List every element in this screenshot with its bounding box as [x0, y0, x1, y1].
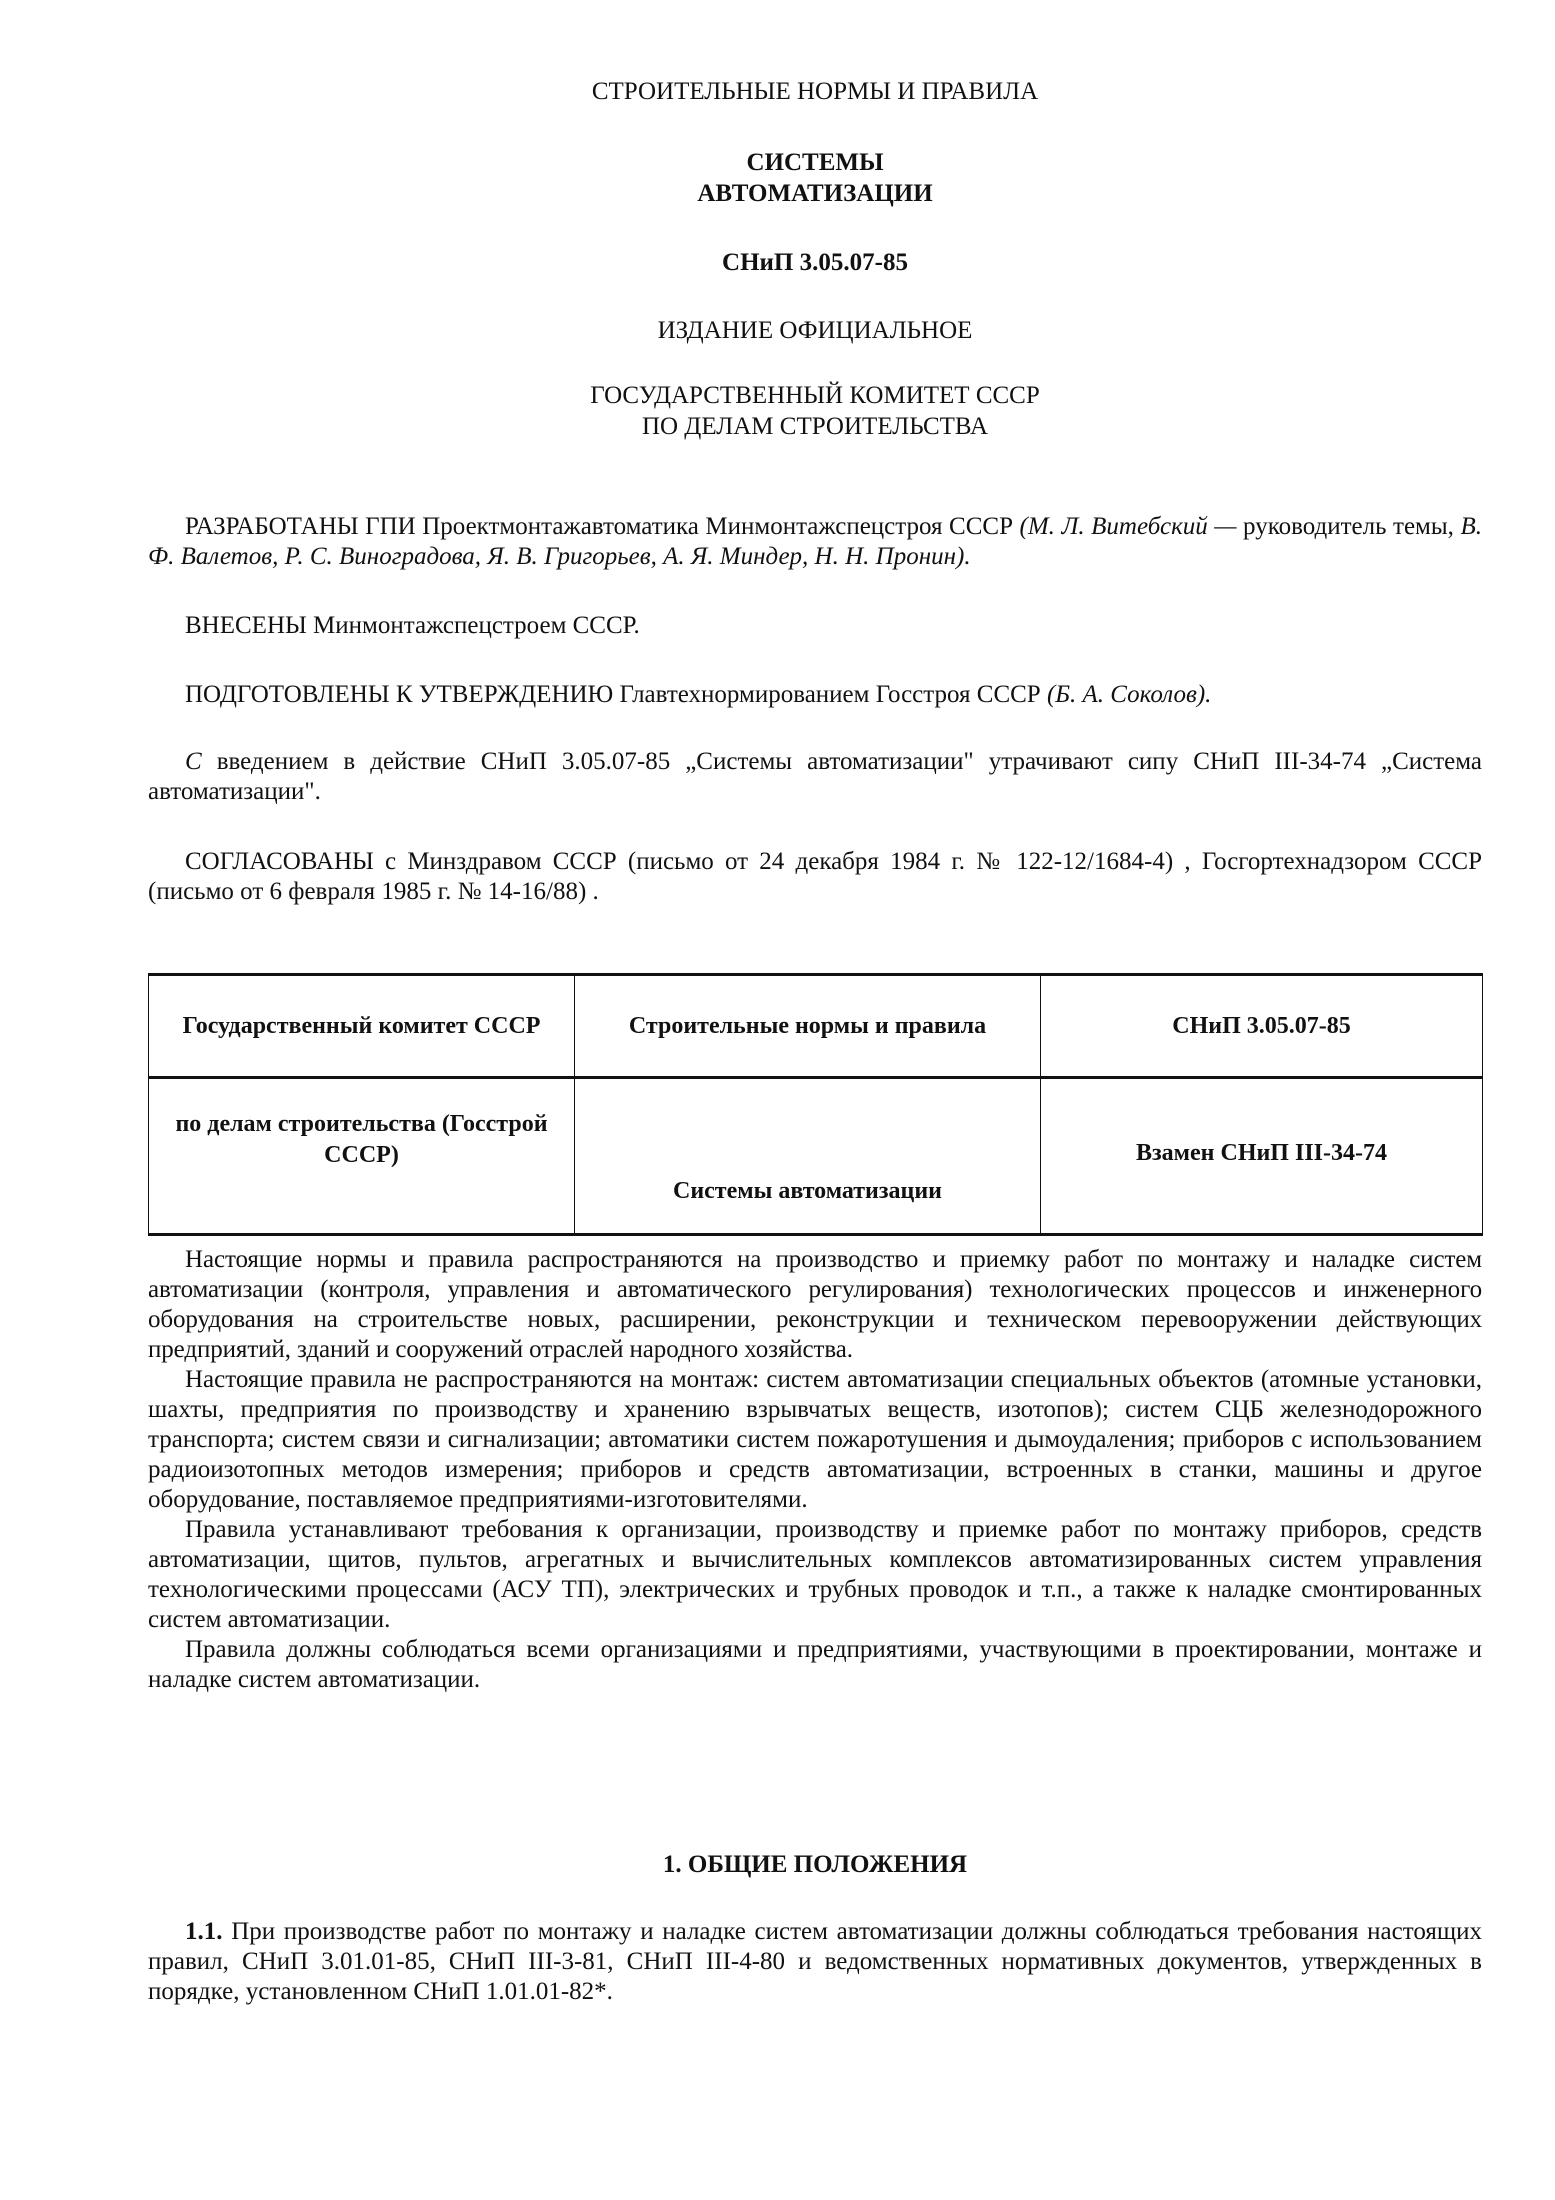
publisher-line2: ПО ДЕЛАМ СТРОИТЕЛЬСТВА [148, 411, 1482, 442]
document-header-table: Государственный комитет СССР Строительны… [148, 973, 1483, 1236]
developed-by-paragraph: РАЗРАБОТАНЫ ГПИ Проектмонтажавтоматика М… [148, 512, 1482, 572]
scope-paragraph: Настоящие нормы и правила распространяют… [148, 1245, 1482, 1365]
document-title-line2: АВТОМАТИЗАЦИИ [148, 178, 1482, 209]
prepared-by-lead: ПОДГОТОВЛЕНЫ К УТВЕРЖДЕНИЮ Главтехнормир… [185, 681, 1047, 708]
table-cell-replaces: Взамен СНиП III-34-74 [1041, 1078, 1483, 1235]
clause-number: 1.1. [185, 1918, 223, 1945]
table-cell-code: СНиП 3.05.07-85 [1041, 975, 1483, 1078]
prepared-by-author: (Б. А. Соколов). [1047, 681, 1211, 708]
exclusions-paragraph: Настоящие правила не распространяются на… [148, 1365, 1482, 1515]
agreed-paragraph: СОГЛАСОВАНЫ с Минздравом СССР (письмо от… [148, 847, 1482, 907]
table-cell-committee-cont: по делам строительства (Госстрой СССР) [149, 1078, 575, 1235]
publisher-line1: ГОСУДАРСТВЕННЫЙ КОМИТЕТ СССР [148, 380, 1482, 411]
clause-text: При производстве работ по монтажу и нала… [148, 1918, 1482, 2005]
intro-body: Настоящие нормы и правила распространяют… [148, 1245, 1482, 1695]
table-cell-norms-type: Строительные нормы и правила [575, 975, 1041, 1078]
table-cell-title: Системы автоматизации [575, 1078, 1041, 1235]
document-title-line1: СИСТЕМЫ [148, 147, 1482, 178]
table-row: Государственный комитет СССР Строительны… [149, 975, 1483, 1078]
table-row: по делам строительства (Госстрой СССР) С… [149, 1078, 1483, 1235]
clause-1-1: 1.1. При производстве работ по монтажу и… [148, 1917, 1482, 2007]
supersedes-paragraph: С введением в действие СНиП 3.05.07-85 „… [148, 747, 1482, 807]
compliance-paragraph: Правила должны соблюдаться всеми организ… [148, 1635, 1482, 1695]
edition-label: ИЗДАНИЕ ОФИЦИАЛЬНОЕ [148, 315, 1482, 346]
supersedes-lead: С [185, 748, 202, 775]
developed-by-lead: РАЗРАБОТАНЫ ГПИ Проектмонтажавтоматика М… [185, 513, 1020, 540]
table-cell-committee: Государственный комитет СССР [149, 975, 575, 1078]
supersedes-text: введением в действие СНиП 3.05.07-85 „Си… [148, 748, 1482, 805]
developed-by-role: руководитель темы, [1237, 513, 1461, 540]
series-title: СТРОИТЕЛЬНЫЕ НОРМЫ И ПРАВИЛА [148, 76, 1482, 107]
requirements-paragraph: Правила устанавливают требования к орган… [148, 1515, 1482, 1635]
introduced-by-paragraph: ВНЕСЕНЫ Минмонтажспецстроем СССР. [148, 611, 1482, 641]
document-code: СНиП 3.05.07-85 [148, 247, 1482, 278]
developed-by-lead-author: (М. Л. Витебский — [1020, 513, 1237, 540]
prepared-by-paragraph: ПОДГОТОВЛЕНЫ К УТВЕРЖДЕНИЮ Главтехнормир… [148, 680, 1482, 710]
section-heading: 1. ОБЩИЕ ПОЛОЖЕНИЯ [148, 1850, 1482, 1880]
